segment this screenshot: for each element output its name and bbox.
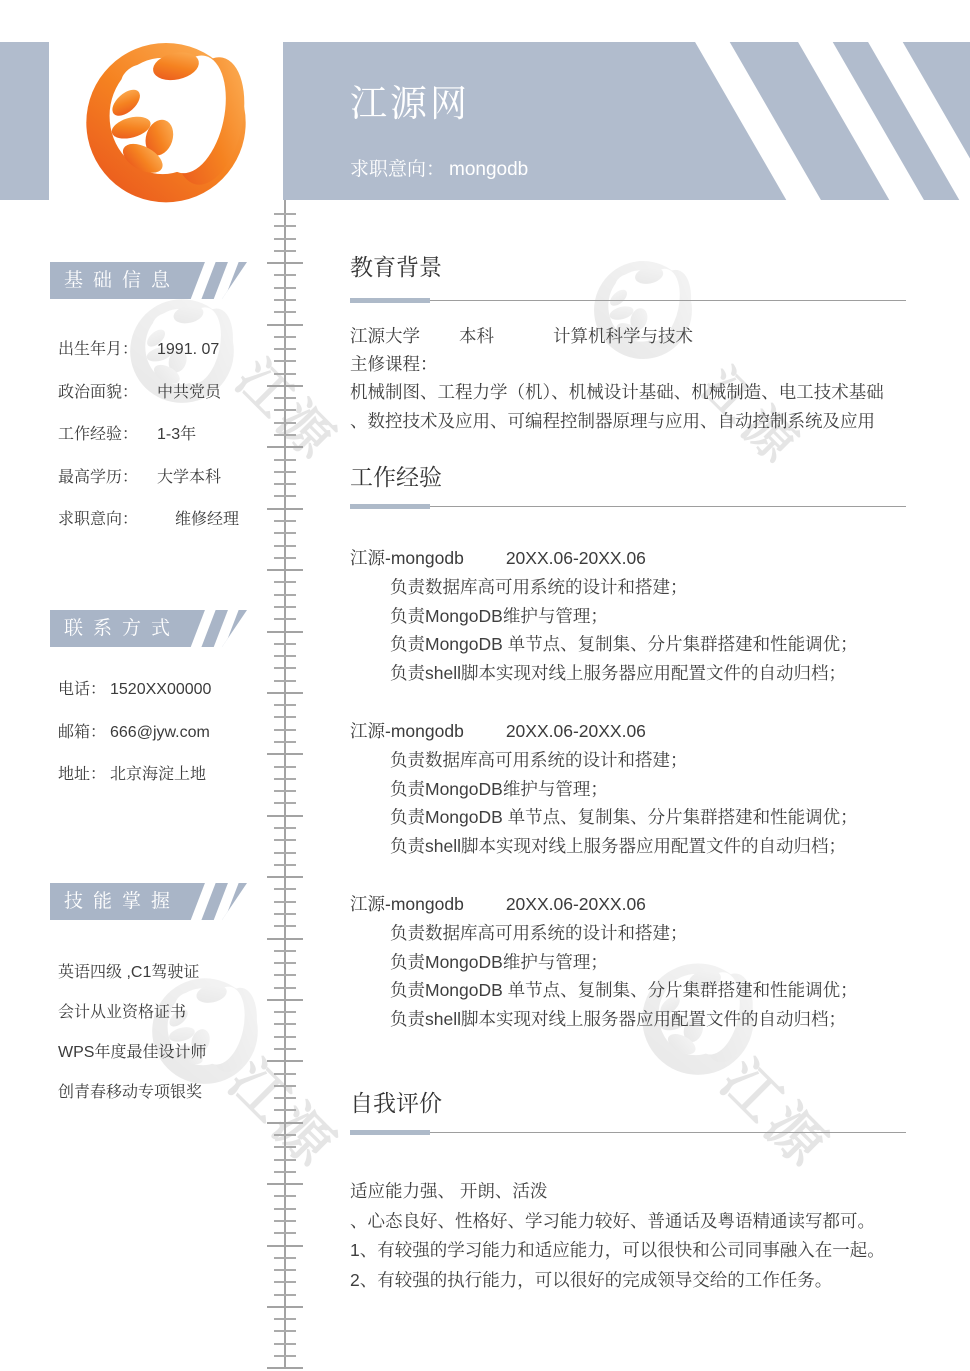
sidebar-section-skills: 技能掌握 (50, 883, 247, 920)
site-name: 江源网 (350, 82, 470, 126)
courses-label: 主修课程： (350, 350, 906, 378)
courses-line: 机械制图、工程力学（机）、机械设计基础、机械制造、电工技术基础 (350, 378, 906, 407)
list-item: 英语四级 ,C1驾驶证 (58, 963, 273, 983)
phone-value: 1520XX00000 (110, 681, 211, 698)
courses-line: 、数控技术及应用、可编程控制器原理与应用、自动控制系统及应用 (350, 407, 906, 436)
header-band: 江源网 求职意向：mongodb (283, 42, 970, 200)
job-period: 20XX.06-20XX.06 (506, 894, 646, 914)
education-title: 教育背景 (350, 252, 906, 282)
section-divider (350, 504, 906, 509)
list-item: 地址：北京海淀上地 (58, 765, 273, 785)
list-item: 工作经验：1-3年 (58, 425, 273, 445)
job-duty: 负责MongoDB 单节点、复制集、分片集群搭建和性能调优； (350, 630, 906, 659)
contact-list: 电话：1520XX00000 邮箱：666@jyw.com 地址：北京海淀上地 (58, 680, 273, 808)
section-divider (350, 1130, 906, 1135)
eval-line: 2、有较强的执行能力，可以很好的完成领导交给的工作任务。 (350, 1266, 906, 1296)
list-item: 政治面貌：中共党员 (58, 383, 273, 403)
eval-line: 1、有较强的学习能力和适应能力，可以很快和公司同事融入在一起。 (350, 1236, 906, 1266)
company-name: 江源-mongodb (350, 548, 464, 568)
eval-line: 、心态良好、性格好、学习能力较好、普通话及粤语精通读写都可。 (350, 1207, 906, 1237)
company-name: 江源-mongodb (350, 894, 464, 914)
sidebar-section-basic-info: 基础信息 (50, 262, 247, 299)
email-value: 666@jyw.com (110, 724, 210, 741)
header-band-left (0, 42, 49, 200)
list-item: 求职意向：维修经理 (58, 510, 273, 530)
eval-line: 适应能力强、 开朗、活泼 (350, 1177, 906, 1207)
list-item: WPS年度最佳设计师 (58, 1043, 273, 1063)
section-divider (350, 298, 906, 303)
job-entry: 江源-mongodb20XX.06-20XX.06 负责数据库高可用系统的设计和… (350, 889, 906, 1033)
job-duty: 负责MongoDB 单节点、复制集、分片集群搭建和性能调优； (350, 976, 906, 1005)
education-row: 江源大学本科计算机科学与技术 (350, 322, 906, 350)
job-intention: 求职意向：mongodb (350, 154, 528, 181)
list-item: 出生年月：1991. 07 (58, 340, 273, 360)
self-evaluation-text: 适应能力强、 开朗、活泼 、心态良好、性格好、学习能力较好、普通话及粤语精通读写… (350, 1177, 906, 1295)
job-duty: 负责数据库高可用系统的设计和搭建； (350, 746, 906, 775)
job-duty: 负责数据库高可用系统的设计和搭建； (350, 919, 906, 948)
list-item: 创青春移动专项银奖 (58, 1083, 273, 1103)
school-name: 江源大学 (350, 326, 420, 346)
sidebar-section-contact: 联系方式 (50, 610, 247, 647)
job-duty: 负责shell脚本实现对线上服务器应用配置文件的自动归档； (350, 832, 906, 861)
list-item: 邮箱：666@jyw.com (58, 723, 273, 743)
main-column: 教育背景 江源大学本科计算机科学与技术 主修课程： 机械制图、工程力学（机）、机… (350, 252, 906, 1295)
brand-logo (83, 38, 249, 204)
job-period: 20XX.06-20XX.06 (506, 548, 646, 568)
job-duty: 负责数据库高可用系统的设计和搭建； (350, 573, 906, 602)
job-duty: 负责shell脚本实现对线上服务器应用配置文件的自动归档； (350, 659, 906, 688)
job-duty: 负责MongoDB维护与管理； (350, 775, 906, 804)
job-intention-label: 求职意向： (350, 159, 445, 180)
job-duty: 负责shell脚本实现对线上服务器应用配置文件的自动归档； (350, 1005, 906, 1034)
list-item: 电话：1520XX00000 (58, 680, 273, 700)
job-duty: 负责MongoDB维护与管理； (350, 602, 906, 631)
degree: 本科 (459, 326, 494, 346)
company-name: 江源-mongodb (350, 721, 464, 741)
skills-list: 英语四级 ,C1驾驶证 会计从业资格证书 WPS年度最佳设计师 创青春移动专项银… (58, 963, 273, 1123)
resume-page: { "header": { "site_name": "江源网", "inten… (0, 0, 970, 1371)
job-duty: 负责MongoDB 单节点、复制集、分片集群搭建和性能调优； (350, 803, 906, 832)
experience-title: 工作经验 (350, 462, 906, 492)
basic-info-list: 出生年月：1991. 07 政治面貌：中共党员 工作经验：1-3年 最高学历：大… (58, 340, 273, 553)
job-entry: 江源-mongodb20XX.06-20XX.06 负责数据库高可用系统的设计和… (350, 716, 906, 860)
address-value: 北京海淀上地 (110, 766, 206, 783)
list-item: 会计从业资格证书 (58, 1003, 273, 1023)
self-evaluation-title: 自我评价 (350, 1088, 906, 1118)
job-duty: 负责MongoDB维护与管理； (350, 948, 906, 977)
job-intention-value: mongodb (449, 159, 528, 180)
job-entry: 江源-mongodb20XX.06-20XX.06 负责数据库高可用系统的设计和… (350, 543, 906, 687)
major: 计算机科学与技术 (553, 326, 693, 346)
job-period: 20XX.06-20XX.06 (506, 721, 646, 741)
list-item: 最高学历：大学本科 (58, 468, 273, 488)
